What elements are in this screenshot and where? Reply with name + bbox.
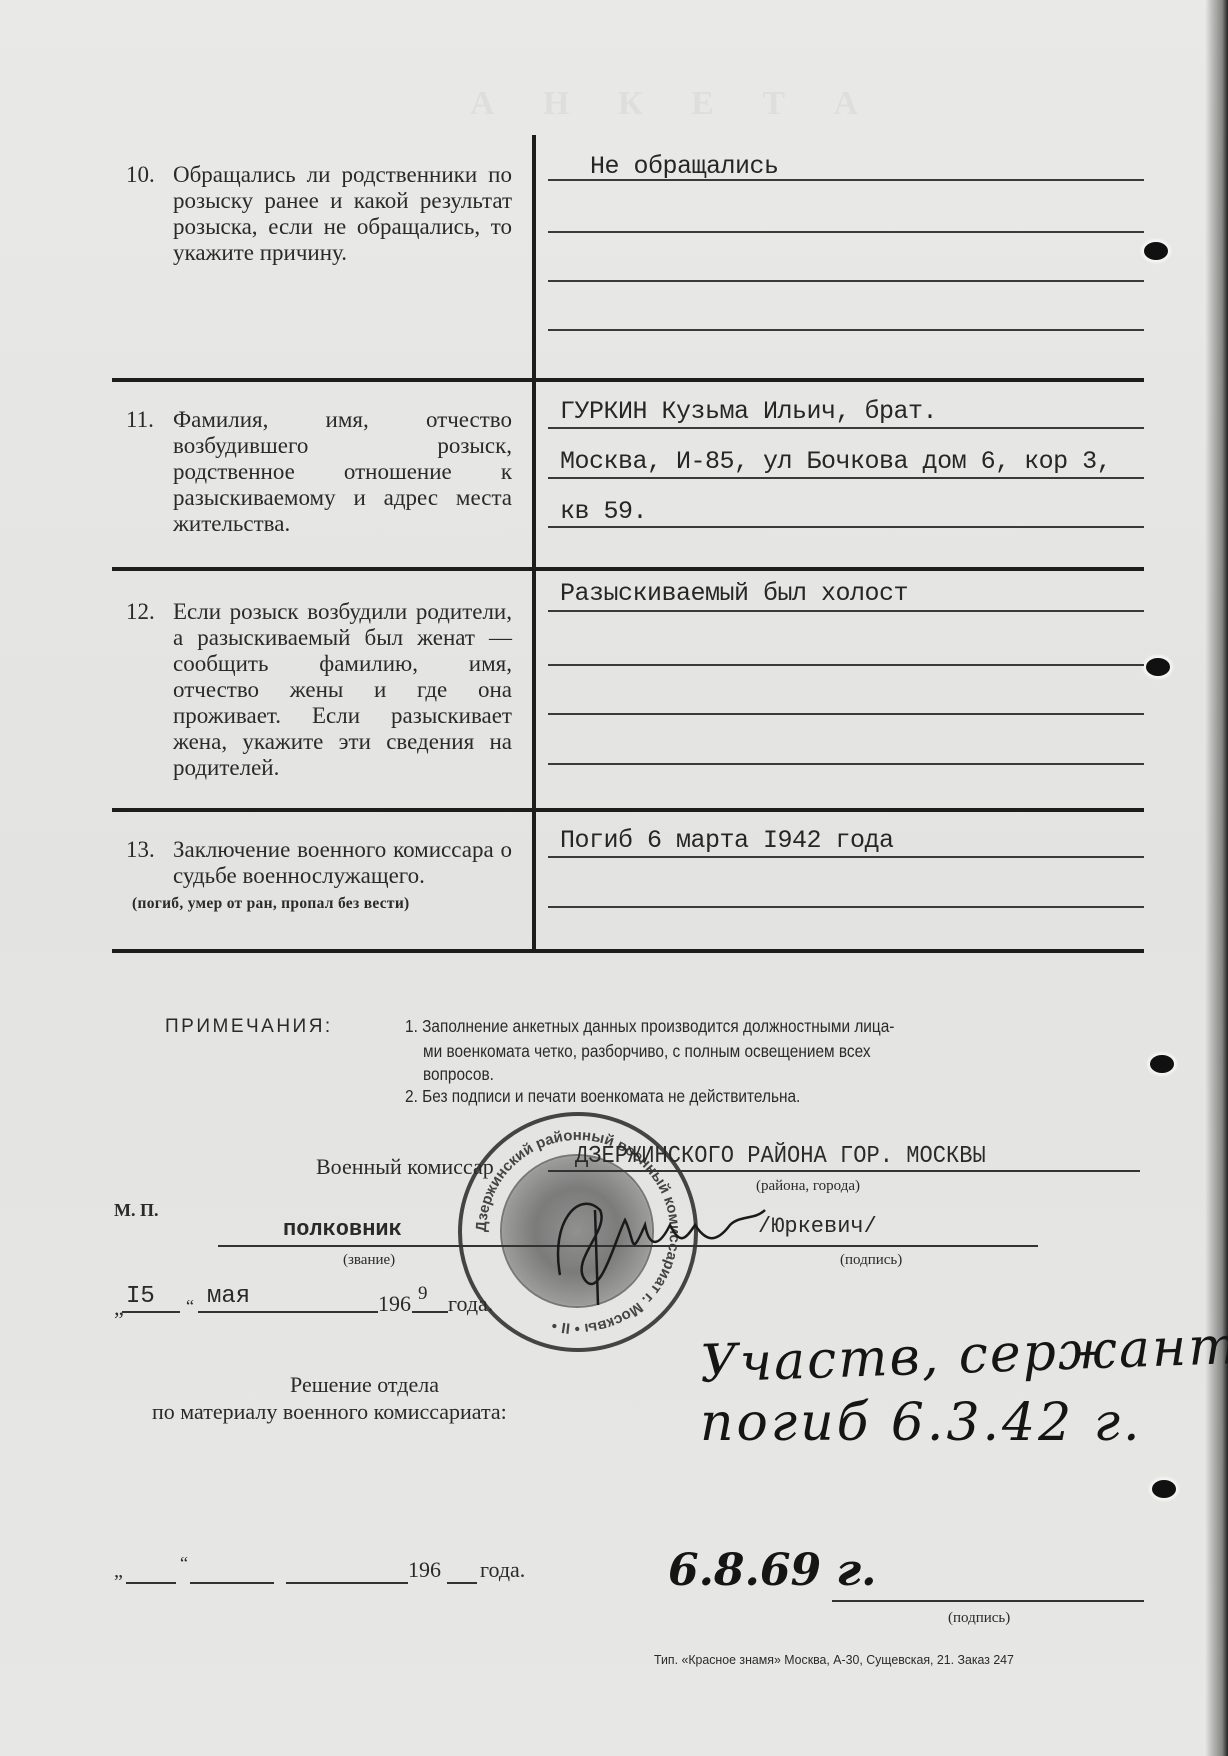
commissar-label: Военный комиссар	[316, 1154, 494, 1180]
answer-rule	[548, 763, 1144, 765]
date-day-underline	[122, 1311, 180, 1313]
answer-13-line-1: Погиб 6 марта I942 года	[560, 826, 894, 855]
decision-signature-underline	[832, 1600, 1144, 1602]
answer-rule	[548, 179, 1144, 181]
answer-10-line-1: Не обращались	[590, 152, 779, 181]
answer-rule	[548, 526, 1144, 528]
answer-rule	[548, 329, 1144, 331]
note-2: 2. Без подписи и печати военкомата не де…	[405, 1086, 800, 1107]
answer-rule	[548, 713, 1144, 715]
date-day: I5	[126, 1283, 155, 1310]
answer-11-line-3: кв 59.	[560, 497, 647, 526]
answer-rule	[548, 906, 1144, 908]
punch-hole	[1146, 658, 1170, 676]
question-13: 13. Заключение военного комиссара о судь…	[112, 837, 512, 917]
decision-handwritten-date: 6.8.69 г.	[668, 1545, 876, 1596]
row-separator	[112, 378, 1144, 382]
rank-value: полковник	[283, 1217, 402, 1242]
commissar-underline	[548, 1170, 1140, 1172]
column-divider	[532, 135, 536, 953]
punch-hole	[1150, 1055, 1174, 1073]
note-1: 1. Заполнение анкетных данных производит…	[405, 1016, 894, 1037]
answer-11-line-1: ГУРКИН Кузьма Ильич, брат.	[560, 397, 937, 426]
commissar-signature	[540, 1180, 800, 1310]
note-1-cont-2: вопросов.	[423, 1064, 494, 1085]
decision-day-underline	[126, 1582, 176, 1584]
date-year-suffix: 9	[418, 1283, 428, 1305]
name-caption: (подпись)	[840, 1252, 902, 1269]
commissar-value: ДЗЕРЖИНСКОГО РАЙОНА ГОР. МОСКВЫ	[575, 1143, 986, 1170]
question-10: 10. Обращались ли родственники по розыск…	[112, 162, 512, 266]
printer-imprint: Тип. «Красное знамя» Москва, А-30, Сущев…	[654, 1652, 1014, 1667]
answer-rule	[548, 280, 1144, 282]
note-1-cont: ми военкомата четко, разборчиво, с полны…	[423, 1041, 871, 1062]
answer-rule	[548, 856, 1144, 858]
question-12: 12. Если розыск возбудили родители, а ра…	[112, 599, 512, 781]
question-11: 11. Фамилия, имя, отчество возбудившего …	[112, 407, 512, 537]
decision-year-underline	[447, 1582, 477, 1584]
decision-handwritten-1: Участв, сержант,	[699, 1315, 1228, 1394]
notes-label: ПРИМЕЧАНИЯ:	[165, 1016, 333, 1038]
decision-year-prefix: 196	[408, 1557, 441, 1583]
answer-rule	[548, 477, 1144, 479]
date-year-prefix: 196	[378, 1291, 411, 1317]
decision-label-2: по материалу военного комиссариата:	[152, 1399, 507, 1425]
decision-month-underline-2	[286, 1582, 408, 1584]
decision-month-underline-1	[190, 1582, 274, 1584]
date-month-underline	[198, 1311, 378, 1313]
decision-date-open-quote: „	[114, 1560, 123, 1583]
answer-rule	[548, 664, 1144, 666]
decision-date-close-quote: “	[180, 1553, 188, 1574]
decision-handwritten-2: погиб 6.3.42 г.	[700, 1393, 1143, 1453]
date-month: мая	[207, 1283, 250, 1310]
decision-year-word: года.	[480, 1557, 525, 1583]
decision-label-1: Решение отдела	[290, 1372, 439, 1398]
punch-hole	[1144, 242, 1168, 260]
rank-caption: (звание)	[343, 1252, 395, 1269]
answer-rule	[548, 231, 1144, 233]
row-separator	[112, 808, 1144, 812]
date-year-word: года.	[448, 1291, 493, 1317]
punch-hole	[1152, 1480, 1176, 1498]
date-year-underline	[412, 1311, 448, 1313]
answer-11-line-2: Москва, И-85, ул Бочкова дом 6, кор 3,	[560, 447, 1111, 476]
mp-label: М. П.	[114, 1200, 159, 1221]
document-page: А Н К Е Т А 10. Обращались ли родственни…	[0, 0, 1228, 1756]
table-bottom-border	[112, 949, 1144, 953]
answer-rule	[548, 610, 1144, 612]
question-13-note: (погиб, умер от ран, пропал без вести)	[132, 891, 512, 917]
answer-rule	[548, 427, 1144, 429]
row-separator	[112, 567, 1144, 571]
date-open-quote: „	[114, 1295, 124, 1321]
decision-signature-caption: (подпись)	[948, 1610, 1010, 1627]
date-close-quote: “	[186, 1296, 194, 1317]
answer-12-line-1: Разыскиваемый был холост	[560, 579, 908, 608]
faded-header-ghost: А Н К Е Т А	[470, 85, 878, 123]
